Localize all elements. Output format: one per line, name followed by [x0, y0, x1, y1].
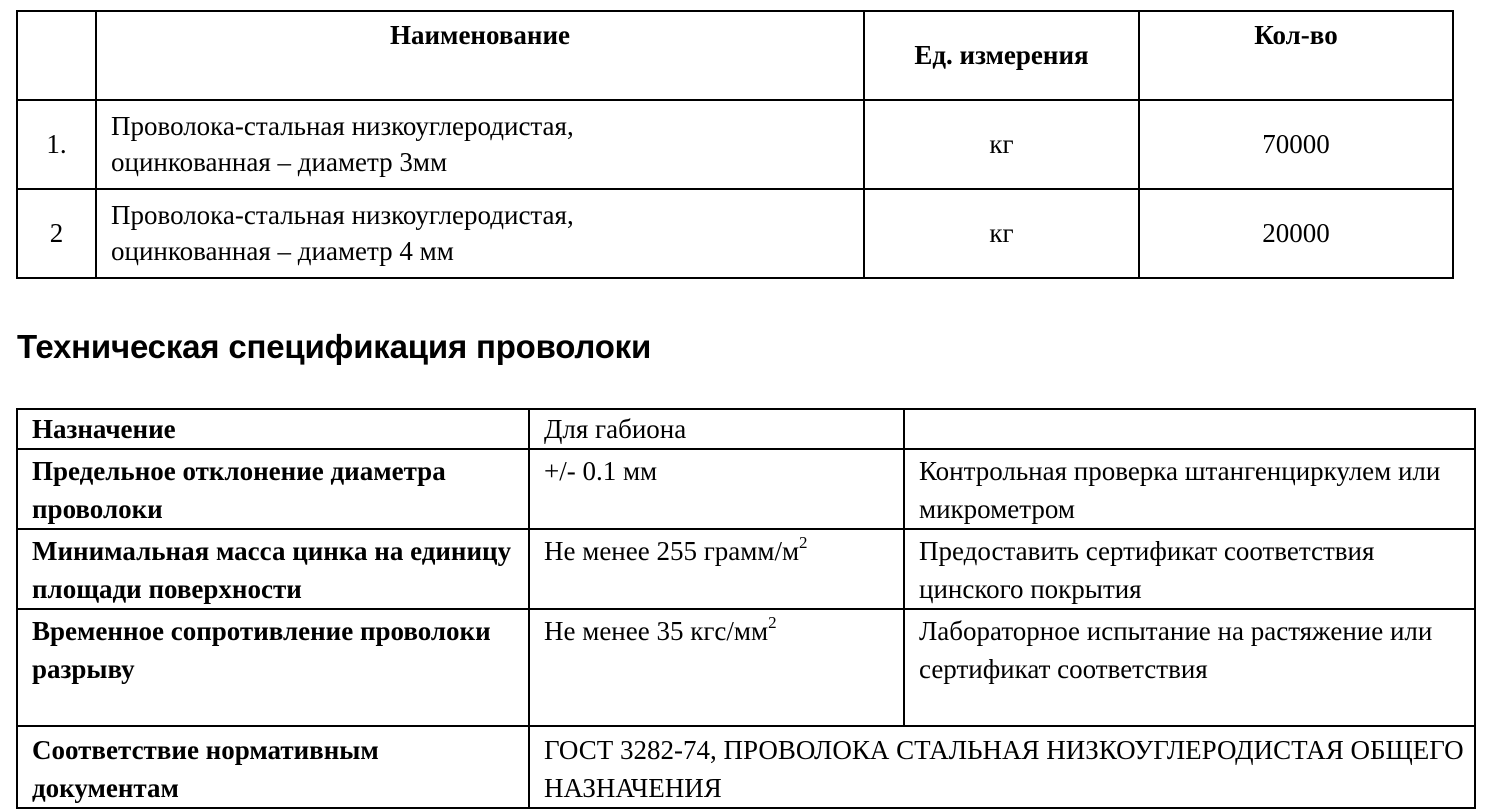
row-number: 2: [17, 189, 96, 278]
spec-heading: Техническая спецификация проволоки: [17, 328, 651, 366]
spec-row: Временное сопротивление проволоки разрыв…: [17, 609, 1475, 726]
header-quantity: Кол-во: [1139, 11, 1453, 100]
spec-row: Соответствие нормативным документам ГОСТ…: [17, 726, 1475, 808]
spec-key: Предельное отклонение диаметра проволоки: [17, 449, 529, 529]
spec-value: Не менее 255 грамм/м2: [529, 529, 904, 609]
spec-note: Предоставить сертификат соответствия цин…: [904, 529, 1475, 609]
superscript: 2: [799, 533, 808, 552]
spec-key: Минимальная масса цинка на единицу площа…: [17, 529, 529, 609]
order-table-header: Наименование Ед. измерения Кол-во: [17, 11, 1453, 100]
spec-note: Контрольная проверка штангенциркулем или…: [904, 449, 1475, 529]
spec-row: Минимальная масса цинка на единицу площа…: [17, 529, 1475, 609]
row-name-line: оцинкованная – диаметр 4 мм: [111, 234, 863, 270]
row-name-line: оцинкованная – диаметр 3мм: [111, 145, 863, 181]
spec-key: Временное сопротивление проволоки разрыв…: [17, 609, 529, 726]
row-unit: кг: [864, 189, 1139, 278]
row-quantity: 70000: [1139, 100, 1453, 189]
header-unit: Ед. измерения: [864, 11, 1139, 100]
order-table: Наименование Ед. измерения Кол-во 1. Про…: [16, 10, 1454, 279]
row-unit: кг: [864, 100, 1139, 189]
spec-key: Назначение: [17, 409, 529, 449]
spec-note: Лабораторное испытание на растяжение или…: [904, 609, 1475, 726]
spec-value: Для габиона: [529, 409, 904, 449]
spec-value: +/- 0.1 мм: [529, 449, 904, 529]
row-name-line: Проволока-стальная низкоуглеродистая,: [111, 198, 863, 234]
spec-table: Назначение Для габиона Предельное отклон…: [16, 408, 1476, 809]
row-number: 1.: [17, 100, 96, 189]
table-row: 1. Проволока-стальная низкоуглеродистая,…: [17, 100, 1453, 189]
spec-key: Соответствие нормативным документам: [17, 726, 529, 808]
row-name: Проволока-стальная низкоуглеродистая, оц…: [96, 100, 864, 189]
spec-row: Назначение Для габиона: [17, 409, 1475, 449]
header-name: Наименование: [96, 11, 864, 100]
superscript: 2: [768, 613, 777, 632]
table-row: 2 Проволока-стальная низкоуглеродистая, …: [17, 189, 1453, 278]
row-name-line: Проволока-стальная низкоуглеродистая,: [111, 109, 863, 145]
spec-row: Предельное отклонение диаметра проволоки…: [17, 449, 1475, 529]
spec-note: [904, 409, 1475, 449]
row-name: Проволока-стальная низкоуглеродистая, оц…: [96, 189, 864, 278]
spec-value: Не менее 35 кгс/мм2: [529, 609, 904, 726]
spec-value: ГОСТ 3282-74, ПРОВОЛОКА СТАЛЬНАЯ НИЗКОУГ…: [529, 726, 1475, 808]
header-number: [17, 11, 96, 100]
row-quantity: 20000: [1139, 189, 1453, 278]
